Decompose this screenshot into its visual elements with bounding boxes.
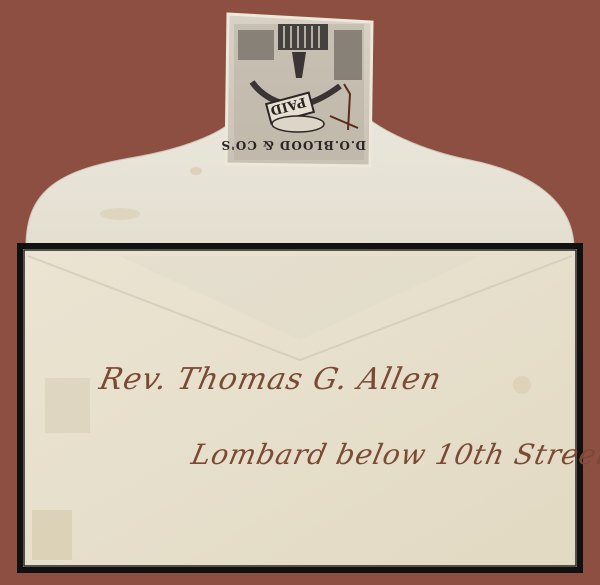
stamp-company-text: D.O.BLOOD & CO'S xyxy=(236,138,366,152)
envelope-illustration xyxy=(0,0,600,585)
address-line-2: Lombard below 10th Street xyxy=(188,438,600,471)
envelope-photo: PAID D.O.BLOOD & CO'S Rev. Thomas G. All… xyxy=(0,0,600,585)
address-line-1: Rev. Thomas G. Allen xyxy=(96,362,445,397)
